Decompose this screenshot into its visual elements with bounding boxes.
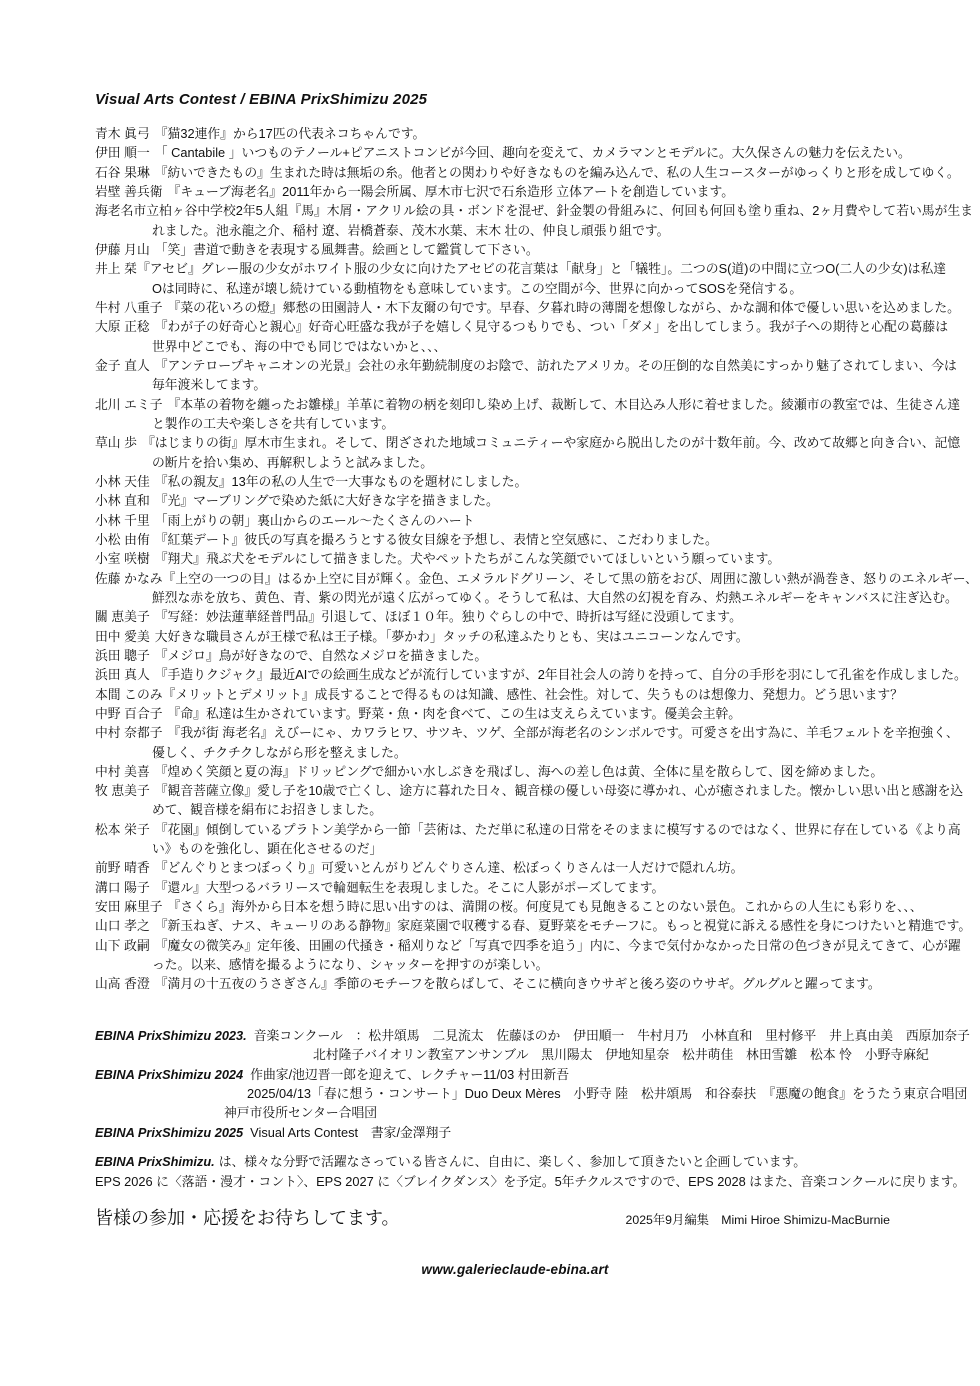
artist-desc-continuation: 鮮烈な赤を放ち、黄色、青、紫の閃光が遠く広がってゆく。そうして私は、大自然の幻視…: [95, 588, 935, 607]
artist-name: 小松 由侑: [95, 530, 150, 549]
artist-entry-line: 伊藤 月山「笑」書道で動きを表現する風舞書。絵画として鑑賞して下さい。: [95, 240, 935, 259]
artist-entry-line: 草山 歩『はじまりの街』厚木市生まれ。そして、閉ざされた地域コミュニティーや家庭…: [95, 433, 935, 452]
artist-work-desc: 『命』私達は生かされています。野菜・魚・肉を食べて、この生は支えらえています。優…: [168, 706, 742, 721]
artist-name: 井上 栞: [95, 259, 137, 278]
artist-work-desc: 『光』マーブリングで染めた紙に大好きな字を描きました。: [155, 493, 499, 508]
artist-name: 前野 晴香: [95, 858, 150, 877]
artist-name: 中野 百合子: [95, 704, 163, 723]
artist-name: 伊田 順一: [95, 143, 150, 162]
artist-name: 松本 栄子: [95, 820, 150, 839]
artist-work-desc: 『魔女の微笑み』定年後、田圃の代掻き・稲刈りなど「写真で四季を追う」内に、今まで…: [155, 938, 961, 953]
history-continuation: 2025/04/13「春に想う・コンサート」Duo Deux Mères 小野寺…: [95, 1084, 935, 1103]
artist-entry-line: 本間 このみ『メリットとデメリット』成長することで得るものは知識、感性、社会性。…: [95, 685, 935, 704]
artist-entry-line: 山口 孝之『新玉ねぎ、ナス、キューリのある静物』家庭菜園で収穫する春、夏野菜をモ…: [95, 916, 935, 935]
artist-name: 田中 愛美: [95, 627, 150, 646]
artist-entry-line: 山下 政嗣『魔女の微笑み』定年後、田圃の代掻き・稲刈りなど「写真で四季を追う」内…: [95, 936, 935, 955]
history-year-label: EBINA PrixShimizu 2023.: [95, 1028, 247, 1043]
artist-entry-line: 小松 由侑『紅葉デート』彼氏の写真を撮ろうとする彼女目線を予想し、表情と空気感に…: [95, 530, 935, 549]
artist-entry-line: 溝口 陽子『還ル』大型つるバラリースで輪廻転生を表現しました。そこに人影がポーズ…: [95, 878, 935, 897]
artist-name: 小林 千里: [95, 511, 150, 530]
artist-desc-continuation: 世界中どこでも、海の中でも同じではないかと、、、: [95, 337, 935, 356]
history-text: 作曲家/池辺晋一郎を迎えて、レクチャー11/03 村田新吾: [250, 1067, 569, 1082]
artist-entry-line: 石谷 果琳『紡いできたもの』生まれた時は無垢の糸。他者との関わりや好きなものを編…: [95, 163, 935, 182]
artist-work-desc: 『手造りクジャク』最近AIでの絵画生成などが流行していますが、2年目社会人の誇り…: [155, 667, 967, 682]
artist-name: 金子 直人: [95, 356, 150, 375]
artist-desc-continuation: った。以来、感情を撮るようになり、シャッターを押すのが楽しい。: [95, 955, 935, 974]
artist-name: 本間 このみ: [95, 685, 163, 704]
artist-desc-continuation: れました。池永龍之介、稲村 遼、岩橋蒼泰、茂木水葉、末木 壮の、仲良し頑張り組で…: [95, 221, 935, 240]
artist-work-desc: 『上空の一つの目』はるか上空に目が輝く。金色、エメラルドグリーン、そして黒の筋を…: [163, 571, 978, 586]
artist-work-desc: 『紡いできたもの』生まれた時は無垢の糸。他者との関わりや好きなものを編み込んで、…: [155, 165, 960, 180]
artist-work-desc: 『アセビ』グレー服の少女がホワイト服の少女に向けたアセビの花言葉は「献身」と「犠…: [137, 261, 946, 276]
artist-entry-line: 小林 天佳『私の親友』13年の私の人生で一大事なものを題材にしました。: [95, 472, 935, 491]
artist-entry-line: 牧 恵美子『観音菩薩立像』愛し子を10歳で亡くし、途方に暮れた日々、観音様の優し…: [95, 781, 935, 800]
page-title: Visual Arts Contest / EBINA PrixShimizu …: [95, 92, 935, 108]
artist-work-desc: 『紅葉デート』彼氏の写真を撮ろうとする彼女目線を予想し、表情と空気感に、こだわり…: [155, 532, 718, 547]
edit-note: 2025年9月編集 Mimi Hiroe Shimizu-MacBurnie: [626, 1210, 890, 1228]
artist-entry-line: 井上 栞『アセビ』グレー服の少女がホワイト服の少女に向けたアセビの花言葉は「献身…: [95, 259, 935, 278]
artist-entry-line: 關 恵美子『写経：妙法蓮華経普門品』引退して、ほぼ１０年。独りぐらしの中で、時折…: [95, 607, 935, 626]
artist-name: 大原 正稔: [95, 317, 150, 336]
artist-name: 青木 眞弓: [95, 124, 150, 143]
artist-work-desc: 『菜の花いろの燈』郷愁の田園詩人・木下友爾の句です。早春、夕暮れ時の薄闇を想像し…: [168, 300, 960, 315]
artist-work-desc: 『キューブ海老名』2011年から一陽会所属、厚木市七沢で石糸造形 立体アートを創…: [168, 184, 735, 199]
artist-entry-line: 大原 正稔『わが子の好奇心と親心』好奇心旺盛な我が子を嬉しく見守るつもりでも、つ…: [95, 317, 935, 336]
thanks-row: 皆様の参加・応援をお待ちしてます。 2025年9月編集 Mimi Hiroe S…: [95, 1207, 935, 1229]
artist-entry-line: 牛村 八重子『菜の花いろの燈』郷愁の田園詩人・木下友爾の句です。早春、夕暮れ時の…: [95, 298, 935, 317]
artist-work-desc: 『本革の着物を纏ったお雛様』羊革に着物の柄を刻印し染め上げ、裁断して、木目込み人…: [168, 397, 961, 412]
closing-plan-line: EPS 2026 に〈落語・漫才・コント〉、EPS 2027 に〈ブレイクダンス…: [95, 1172, 935, 1191]
history-year-label: EBINA PrixShimizu 2024: [95, 1067, 243, 1082]
history-continuation: 神戸市役所センター合唱団: [95, 1103, 935, 1122]
history-line: EBINA PrixShimizu 2024作曲家/池辺晋一郎を迎えて、レクチャ…: [95, 1065, 935, 1084]
artist-desc-continuation: めて、観音様を絹布にお招きしました。: [95, 800, 935, 819]
history-year-label: EBINA PrixShimizu 2025: [95, 1125, 243, 1140]
artist-entry-line: 小室 咲樹『翔犬』飛ぶ犬をモデルにして描きました。犬やペットたちがこんな笑顔でい…: [95, 549, 935, 568]
artist-work-desc: 『新玉ねぎ、ナス、キューリのある静物』家庭菜園で収穫する春、夏野菜をモチーフに。…: [155, 918, 971, 933]
artist-work-desc: 『写経：妙法蓮華経普門品』引退して、ほぼ１０年。独りぐらしの中で、時折は写経に没…: [155, 609, 742, 624]
history-text: 音楽コンクール ：松井頌馬 二見流太 佐藤ほのか 伊田順一 牛村月乃 小林直和 …: [254, 1028, 970, 1043]
artist-entry-line: 金子 直人『アンテロープキャニオンの光景』会社の永年勤続制度のお陰で、訪れたアメ…: [95, 356, 935, 375]
artist-name: 山口 孝之: [95, 916, 150, 935]
history-text: Visual Arts Contest 書家/金澤翔子: [250, 1125, 451, 1140]
artist-entry-line: 山高 香澄『満月の十五夜のうさぎさん』季節のモチーフを散らばして、そこに横向きウ…: [95, 974, 935, 993]
closing-lead-label: EBINA PrixShimizu.: [95, 1154, 215, 1169]
closing-lead-line: EBINA PrixShimizu.は、様々な分野で活躍なさっている皆さんに、自…: [95, 1152, 935, 1171]
artist-work-desc: 『煌めく笑顔と夏の海』ドリッピングで細かい水しぶきを飛ばし、海への差し色は黄、全…: [155, 764, 883, 779]
artist-work-desc: 『私の親友』13年の私の人生で一大事なものを題材にしました。: [155, 474, 528, 489]
artist-entry-line: 青木 眞弓『猫32連作』から17匹の代表ネコちゃんです。: [95, 124, 935, 143]
artist-work-desc: 「雨上がりの朝」裏山からのエール〜たくさんのハート: [155, 513, 475, 528]
artist-name: 關 恵美子: [95, 607, 150, 626]
artist-desc-continuation: の断片を拾い集め、再解釈しようと試みました。: [95, 453, 935, 472]
artist-desc-continuation: い》ものを強化し、顕在化させるのだ」: [95, 839, 935, 858]
artist-name: 北川 エミ子: [95, 395, 163, 414]
artist-name: 小室 咲樹: [95, 549, 150, 568]
artist-name: 浜田 真人: [95, 665, 150, 684]
artist-name: 石谷 果琳: [95, 163, 150, 182]
artist-work-desc: 『さくら』海外から日本を想う時に思い出すのは、満開の桜。何度見ても見飽きることの…: [168, 899, 923, 914]
artist-entry-line: 安田 麻里子『さくら』海外から日本を想う時に思い出すのは、満開の桜。何度見ても見…: [95, 897, 935, 916]
artist-name: 海老名市立柏ヶ谷中学校2年5人組: [95, 201, 288, 220]
artist-name: 岩壁 善兵衛: [95, 182, 163, 201]
artist-work-desc: 『翔犬』飛ぶ犬をモデルにして描きました。犬やペットたちがこんな笑顔でいてほしいと…: [155, 551, 780, 566]
artist-work-desc: 『馬』木屑・アクリル絵の具・ボンドを混ぜ、針金製の骨組みに、何回も何回も塗り重ね…: [288, 203, 973, 218]
artist-work-desc: 「笑」書道で動きを表現する風舞書。絵画として鑑賞して下さい。: [155, 242, 539, 257]
document-page: Visual Arts Contest / EBINA PrixShimizu …: [0, 0, 980, 1386]
artist-entry-line: 伊田 順一「 Cantabile 」いつものテノール+ピアニストコンビが今回、趣…: [95, 143, 935, 162]
artist-name: 牛村 八重子: [95, 298, 163, 317]
artist-work-desc: 『観音菩薩立像』愛し子を10歳で亡くし、途方に暮れた日々、観音様の優しい母姿に導…: [155, 783, 963, 798]
artist-name: 小林 直和: [95, 491, 150, 510]
artist-name: 溝口 陽子: [95, 878, 150, 897]
artist-work-desc: 大好きな職員さんが王様で私は王子様。「夢かわ」タッチの私達ふたりとも、実はユニコ…: [155, 629, 749, 644]
artist-entry-line: 浜田 真人『手造りクジャク』最近AIでの絵画生成などが流行していますが、2年目社…: [95, 665, 935, 684]
artist-name: 佐藤 かなみ: [95, 569, 163, 588]
artist-desc-continuation: と製作の工夫や楽しさを共有しています。: [95, 414, 935, 433]
artist-name: 安田 麻里子: [95, 897, 163, 916]
artist-name: 伊藤 月山: [95, 240, 150, 259]
artist-entry-line: 中野 百合子『命』私達は生かされています。野菜・魚・肉を食べて、この生は支えらえ…: [95, 704, 935, 723]
artist-name: 中村 奈都子: [95, 723, 163, 742]
artist-entry-line: 前野 晴香『どんぐりとまつぼっくり』可愛いとんがりどんぐりさん達、松ぼっくりさん…: [95, 858, 935, 877]
artist-entry-line: 田中 愛美大好きな職員さんが王様で私は王子様。「夢かわ」タッチの私達ふたりとも、…: [95, 627, 935, 646]
thanks-message: 皆様の参加・応援をお待ちしてます。: [95, 1207, 400, 1229]
artist-work-desc: 『我が街 海老名』えびーにゃ、カワラヒワ、サツキ、ツゲ、全部が海老名のシンボルで…: [168, 725, 959, 740]
artist-entry-line: 小林 直和『光』マーブリングで染めた紙に大好きな字を描きました。: [95, 491, 935, 510]
closing-lead-text: は、様々な分野で活躍なさっている皆さんに、自由に、楽しく、参加して頂きたいと企画…: [219, 1154, 806, 1169]
artist-name: 草山 歩: [95, 433, 137, 452]
artist-name: 小林 天佳: [95, 472, 150, 491]
artist-entry-line: 松本 栄子『花園』傾倒しているプラトン美学から一節「芸術は、ただ単に私達の日常を…: [95, 820, 935, 839]
closing-section: EBINA PrixShimizu.は、様々な分野で活躍なさっている皆さんに、自…: [95, 1152, 935, 1191]
artist-desc-continuation: 優しく、チクチクしながら形を整えました。: [95, 743, 935, 762]
artist-entry-line: 北川 エミ子『本革の着物を纏ったお雛様』羊革に着物の柄を刻印し染め上げ、裁断して…: [95, 395, 935, 414]
artist-entry-line: 岩壁 善兵衛『キューブ海老名』2011年から一陽会所属、厚木市七沢で石糸造形 立…: [95, 182, 935, 201]
artist-work-desc: 『わが子の好奇心と親心』好奇心旺盛な我が子を嬉しく見守るつもりでも、つい「ダメ」…: [155, 319, 948, 334]
history-line: EBINA PrixShimizu 2025Visual Arts Contes…: [95, 1123, 935, 1142]
artist-entry-line: 浜田 聰子『メジロ』鳥が好きなので、自然なメジロを描きました。: [95, 646, 935, 665]
artist-entries: 青木 眞弓『猫32連作』から17匹の代表ネコちゃんです。伊田 順一「 Canta…: [95, 124, 935, 994]
history-section: EBINA PrixShimizu 2023.音楽コンクール ：松井頌馬 二見流…: [95, 1026, 935, 1142]
artist-work-desc: 『どんぐりとまつぼっくり』可愛いとんがりどんぐりさん達、松ぼっくりさんは一人だけ…: [155, 860, 744, 875]
artist-name: 山高 香澄: [95, 974, 150, 993]
artist-work-desc: 『満月の十五夜のうさぎさん』季節のモチーフを散らばして、そこに横向きウサギと後ろ…: [155, 976, 881, 991]
artist-name: 中村 美喜: [95, 762, 150, 781]
artist-entry-line: 佐藤 かなみ『上空の一つの目』はるか上空に目が輝く。金色、エメラルドグリーン、そ…: [95, 569, 935, 588]
artist-entry-line: 小林 千里「雨上がりの朝」裏山からのエール〜たくさんのハート: [95, 511, 935, 530]
artist-desc-continuation: 毎年渡米してます。: [95, 375, 935, 394]
artist-name: 牧 恵美子: [95, 781, 150, 800]
artist-work-desc: 『花園』傾倒しているプラトン美学から一節「芸術は、ただ単に私達の日常をそのままに…: [155, 822, 961, 837]
artist-work-desc: 『はじまりの街』厚木市生まれ。そして、閉ざされた地域コミュニティーや家庭から脱出…: [142, 435, 960, 450]
artist-desc-continuation: Oは同時に、私達が壊し続けている動植物をも意味しています。この空間が今、世界に向…: [95, 279, 935, 298]
history-continuation: 北村隆子バイオリン教室アンサンブル 黒川陽太 伊地知星奈 松井萌佳 林田雪雛 松…: [95, 1045, 935, 1064]
artist-entry-line: 中村 奈都子『我が街 海老名』えびーにゃ、カワラヒワ、サツキ、ツゲ、全部が海老名…: [95, 723, 935, 742]
history-line: EBINA PrixShimizu 2023.音楽コンクール ：松井頌馬 二見流…: [95, 1026, 935, 1045]
artist-entry-line: 中村 美喜『煌めく笑顔と夏の海』ドリッピングで細かい水しぶきを飛ばし、海への差し…: [95, 762, 935, 781]
artist-work-desc: 『アンテロープキャニオンの光景』会社の永年勤続制度のお陰で、訪れたアメリカ。その…: [155, 358, 957, 373]
artist-work-desc: 『メジロ』鳥が好きなので、自然なメジロを描きました。: [155, 648, 487, 663]
artist-entry-line: 海老名市立柏ヶ谷中学校2年5人組『馬』木屑・アクリル絵の具・ボンドを混ぜ、針金製…: [95, 201, 935, 220]
artist-name: 浜田 聰子: [95, 646, 150, 665]
artist-name: 山下 政嗣: [95, 936, 150, 955]
artist-work-desc: 『メリットとデメリット』成長することで得るものは知識、感性、社会性。対して、失う…: [163, 687, 903, 702]
website-url: www.galerieclaude-ebina.art: [95, 1262, 935, 1277]
artist-work-desc: 「 Cantabile 」いつものテノール+ピアニストコンビが今回、趣向を変えて…: [155, 145, 911, 160]
artist-work-desc: 『猫32連作』から17匹の代表ネコちゃんです。: [155, 126, 426, 141]
artist-work-desc: 『還ル』大型つるバラリースで輪廻転生を表現しました。そこに人影がポーズしてます。: [155, 880, 665, 895]
